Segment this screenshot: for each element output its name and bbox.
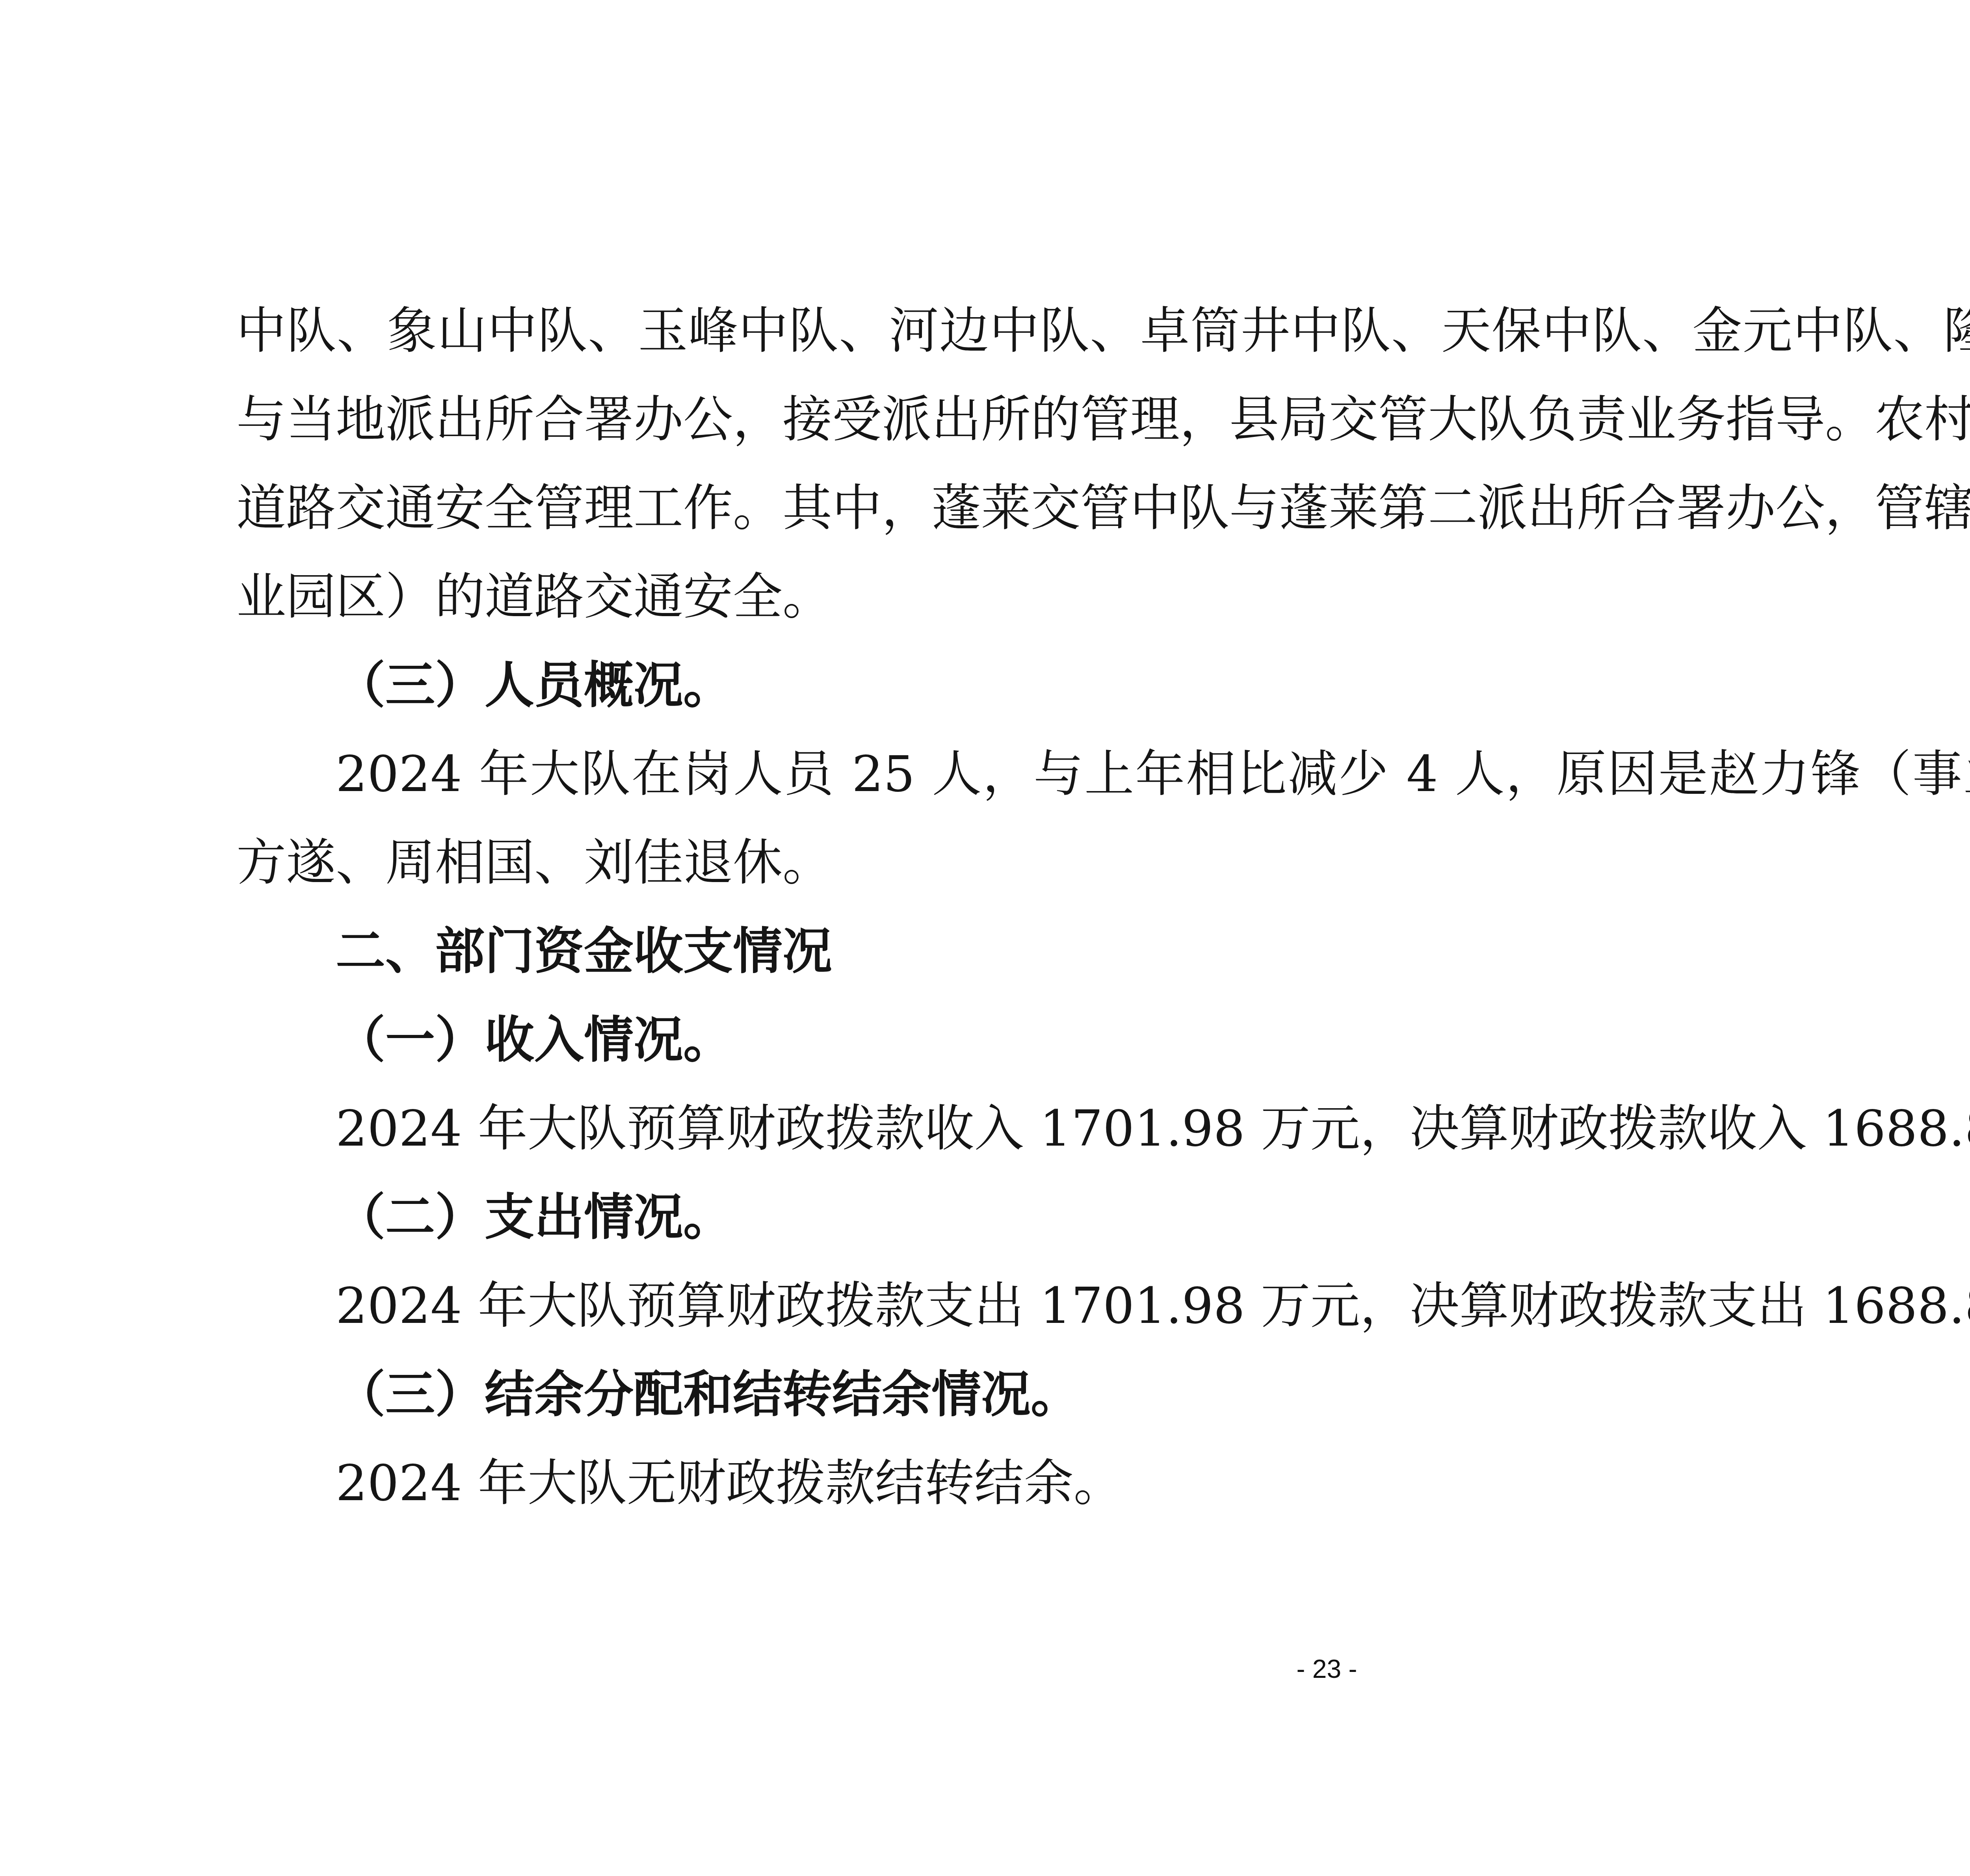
document-body: 中队、象山中队、玉峰中队、河边中队、卓筒井中队、天保中队、金元中队、隆盛中队、回…: [236, 286, 1970, 1527]
paragraph-income-detail: 2024 年大队预算财政拨款收入 1701.98 万元，决算财政拨款收入 168…: [236, 1084, 1970, 1173]
subheading-expenditure-situation: （二）支出情况。: [236, 1173, 1970, 1261]
heading-section-funds-income-expenditure: 二、部门资金收支情况: [236, 907, 1970, 996]
paragraph-surplus-carryover-detail: 2024 年大队无财政拨款结转结余。: [236, 1439, 1970, 1527]
document-page: 中队、象山中队、玉峰中队、河边中队、卓筒井中队、天保中队、金元中队、隆盛中队、回…: [0, 0, 1970, 1876]
subheading-income-situation: （一）收入情况。: [236, 996, 1970, 1084]
paragraph-org-structure-continued: 中队、象山中队、玉峰中队、河边中队、卓筒井中队、天保中队、金元中队、隆盛中队、回…: [236, 286, 1970, 641]
subheading-surplus-carryover-situation: （三）结余分配和结转结余情况。: [236, 1350, 1970, 1439]
paragraph-personnel-detail: 2024 年大队在岗人员 25 人，与上年相比减少 4 人，原因是赵力锋（事业人…: [236, 730, 1970, 907]
footer-page-number: - 23 -: [0, 1653, 1970, 1685]
paragraph-expenditure-detail: 2024 年大队预算财政拨款支出 1701.98 万元，决算财政拨款支出 168…: [236, 1261, 1970, 1350]
subheading-personnel-overview: （三）人员概况。: [236, 641, 1970, 730]
